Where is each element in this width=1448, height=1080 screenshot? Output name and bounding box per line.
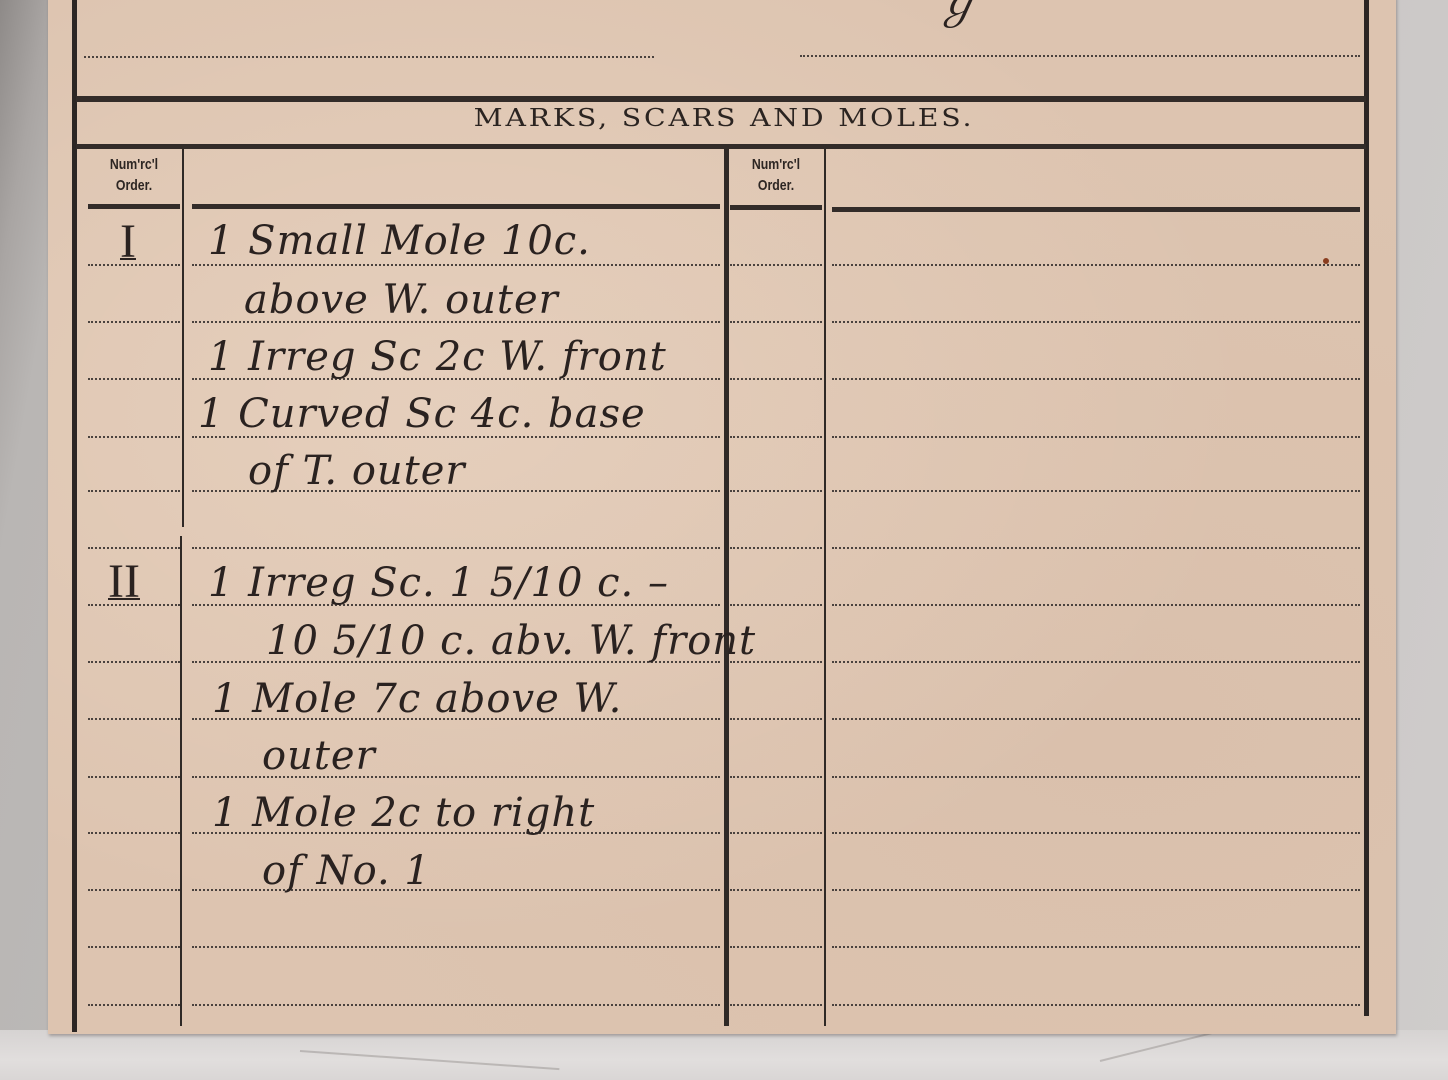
identification-card: ℊ MARKS, SCARS AND MOLES. Num'rc'l Order… <box>48 0 1396 1034</box>
ruled-dotted-line <box>832 776 1360 778</box>
entry-2-line-1: 1 Irreg Sc. 1 5/10 c. – <box>208 560 669 606</box>
ruled-dotted-line <box>88 661 180 663</box>
header-rule-left-order <box>88 204 180 209</box>
ruled-dotted-line <box>88 718 180 720</box>
ruled-dotted-line <box>730 889 822 891</box>
ruled-dotted-line <box>88 776 180 778</box>
ruled-dotted-line <box>730 832 822 834</box>
ruled-dotted-line <box>832 604 1360 606</box>
entry-1-line-3: 1 Irreg Sc 2c W. front <box>208 334 667 380</box>
ruled-dotted-line <box>832 547 1360 549</box>
ruled-dotted-line <box>88 832 180 834</box>
right-order-divider <box>824 149 826 1026</box>
entry-1-line-4: 1 Curved Sc 4c. base <box>198 391 646 437</box>
ruled-dotted-line <box>730 378 822 380</box>
right-numeric-order-header: Num'rc'l Order. <box>737 154 816 196</box>
ruled-dotted-line <box>730 547 822 549</box>
ruled-dotted-line <box>88 946 180 948</box>
ruled-dotted-line <box>832 832 1360 834</box>
ruled-dotted-line <box>832 661 1360 663</box>
ruled-dotted-line <box>832 378 1360 380</box>
section-bottom-rule <box>76 144 1366 149</box>
top-dotted-line-right <box>800 55 1360 57</box>
ruled-dotted-line <box>730 1004 822 1006</box>
ruled-dotted-line <box>730 604 822 606</box>
ruled-dotted-line <box>88 378 180 380</box>
ruled-dotted-line <box>730 321 822 323</box>
ruled-dotted-line <box>832 718 1360 720</box>
header-rule-right-desc <box>832 207 1360 212</box>
ruled-dotted-line <box>730 490 822 492</box>
top-dotted-line-left <box>84 56 654 58</box>
ruled-dotted-line <box>730 264 822 266</box>
ruled-dotted-line <box>832 490 1360 492</box>
ink-stain <box>1323 258 1329 264</box>
ruled-dotted-line <box>88 436 180 438</box>
left-order-divider-lower <box>180 536 182 1026</box>
entry-2-line-4: outer <box>262 733 376 779</box>
entry-2-line-6: of No. 1 <box>262 848 431 894</box>
ruled-dotted-line <box>730 776 822 778</box>
ruled-dotted-line <box>832 946 1360 948</box>
ruled-dotted-line <box>192 946 720 948</box>
ruled-dotted-line <box>88 321 180 323</box>
ruled-dotted-line <box>730 946 822 948</box>
section-title: MARKS, SCARS AND MOLES. <box>0 104 1448 132</box>
entry-2-line-5: 1 Mole 2c to right <box>212 790 595 836</box>
ruled-dotted-line <box>88 490 180 492</box>
entry-1-line-5: of T. outer <box>248 448 466 494</box>
frame-left-border <box>72 0 77 1032</box>
header-rule-left-desc <box>192 204 720 209</box>
ruled-dotted-line <box>832 889 1360 891</box>
ruled-dotted-line <box>192 264 720 266</box>
ruled-dotted-line <box>832 264 1360 266</box>
ruled-dotted-line <box>832 1004 1360 1006</box>
ruled-dotted-line <box>192 1004 720 1006</box>
ruled-dotted-line <box>832 436 1360 438</box>
ruled-dotted-line <box>88 1004 180 1006</box>
entry-1-line-1: 1 Small Mole 10c. <box>208 218 591 264</box>
center-divider <box>724 149 729 1026</box>
entry-1-line-2: above W. outer <box>244 277 559 323</box>
ruled-dotted-line <box>88 889 180 891</box>
ruled-dotted-line <box>730 718 822 720</box>
left-order-divider <box>182 149 184 527</box>
order-numeral-1: I <box>120 214 136 269</box>
marble-surface <box>0 1030 1448 1080</box>
ruled-dotted-line <box>730 436 822 438</box>
left-numeric-order-header: Num'rc'l Order. <box>95 154 174 196</box>
ruled-dotted-line <box>832 321 1360 323</box>
entry-2-line-3: 1 Mole 7c above W. <box>212 676 622 722</box>
ruled-dotted-line <box>88 547 180 549</box>
top-handwriting-tail: ℊ <box>936 0 981 30</box>
ruled-dotted-line <box>192 547 720 549</box>
frame-right-border <box>1364 0 1369 1016</box>
header-rule-right-order <box>730 205 822 210</box>
section-top-rule <box>76 96 1366 102</box>
entry-2-line-2: 10 5/10 c. abv. W. front <box>266 618 756 664</box>
order-numeral-2: II <box>108 554 140 609</box>
